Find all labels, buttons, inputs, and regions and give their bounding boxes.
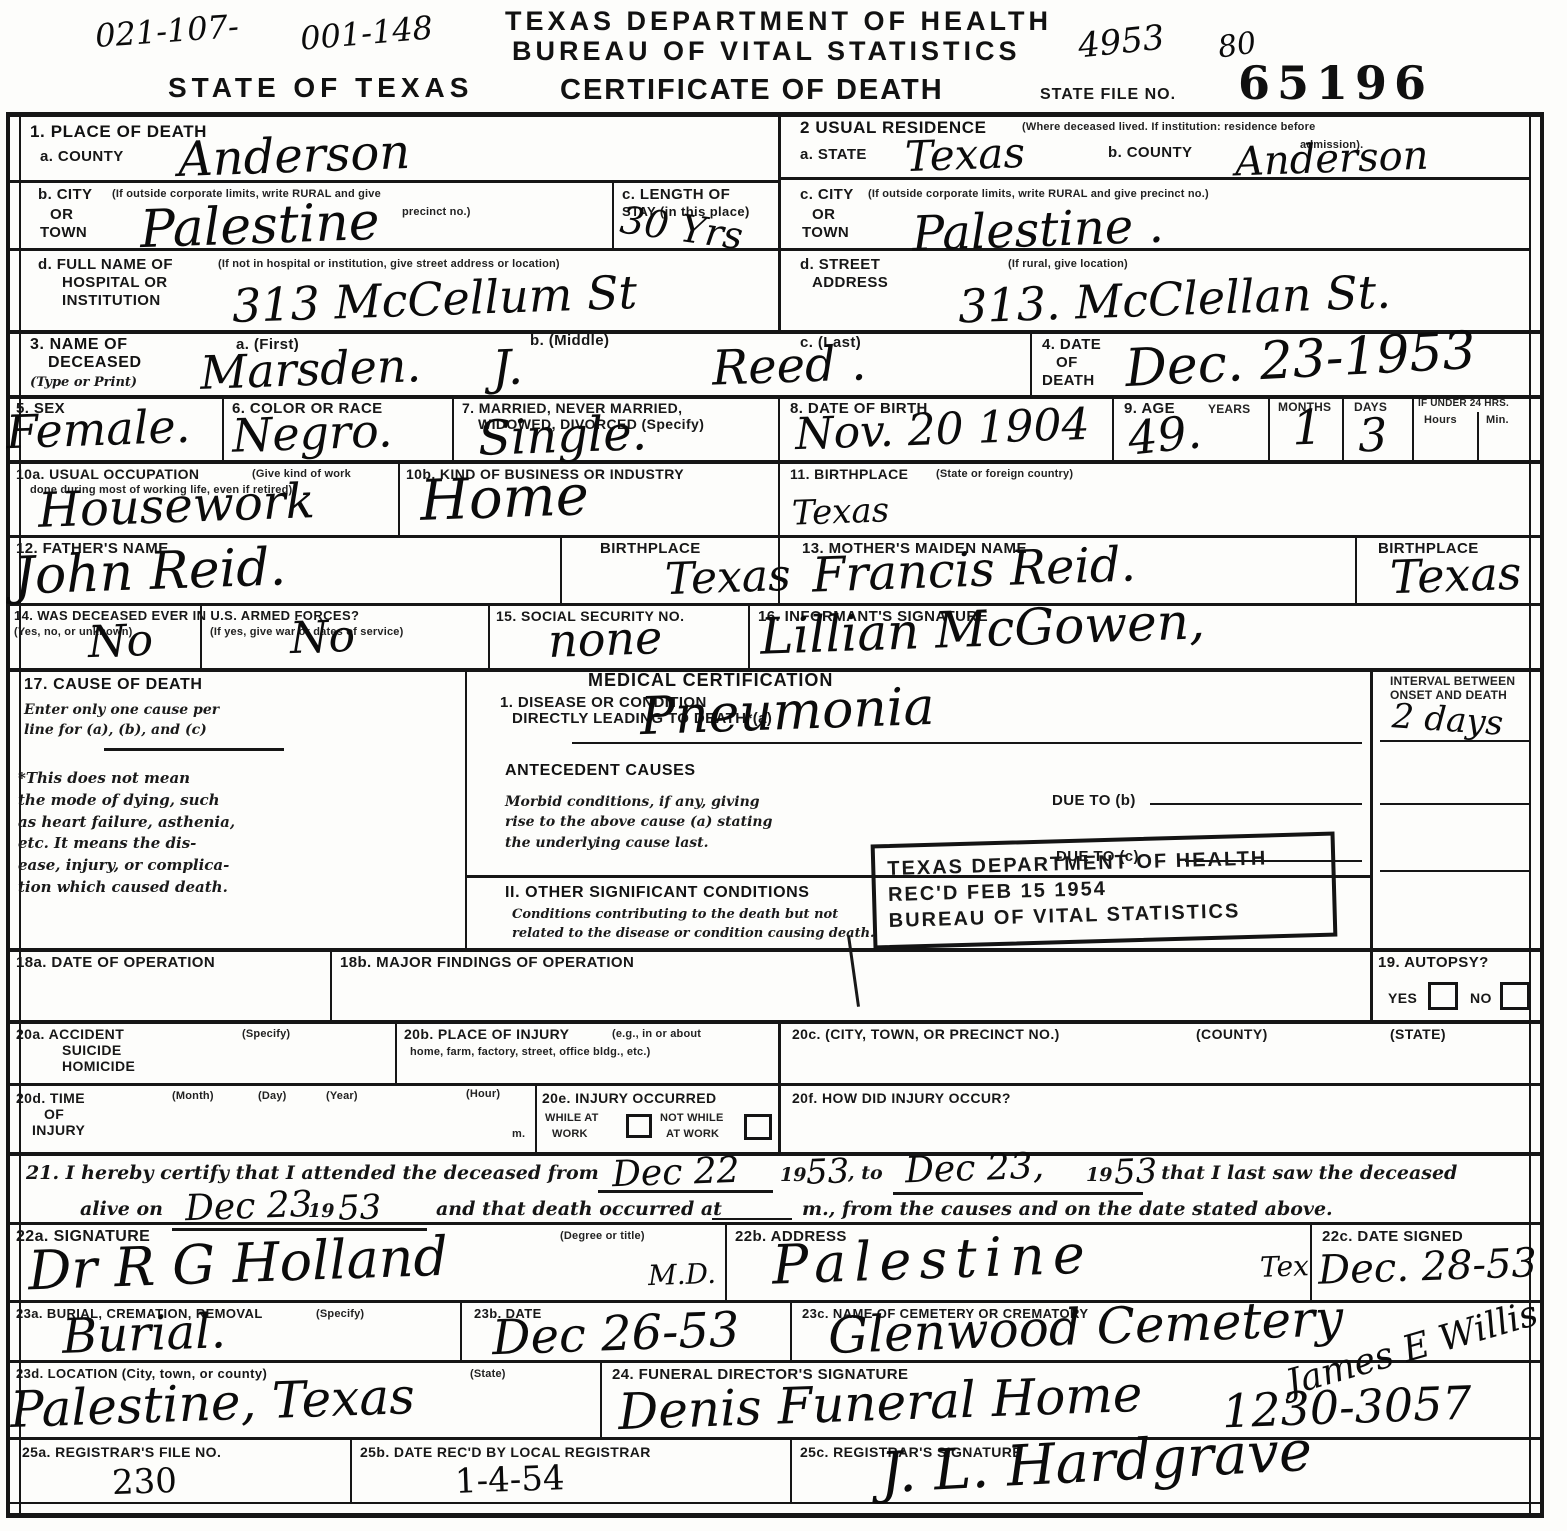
grid-line <box>1268 395 1270 460</box>
grid-line <box>460 1300 462 1360</box>
writing-line <box>712 1218 792 1220</box>
border-line <box>6 112 10 1518</box>
address-extra: Tex <box>1259 1249 1309 1284</box>
cause-side-note1: Enter only one cause per line for (a), (… <box>24 700 219 741</box>
pen-mark: 001-148 <box>299 8 435 57</box>
certify-text-5: and that death occurred at <box>436 1198 722 1220</box>
other-conditions-note: Conditions contributing to the death but… <box>512 906 875 944</box>
not-while-label2: AT WORK <box>666 1128 719 1140</box>
age-months-value: 1 <box>1291 399 1323 456</box>
grid-line <box>1030 330 1032 395</box>
grid-line <box>790 1300 792 1360</box>
certify-year2: 19 <box>1086 1164 1112 1186</box>
armed-forces-value2: No <box>289 611 356 664</box>
grid-line <box>488 603 490 668</box>
birthplace-value: Texas <box>791 490 889 533</box>
antecedent-note: Morbid conditions, if any, giving rise t… <box>505 792 772 853</box>
address-value: Palestine <box>771 1222 1094 1296</box>
father-name-value: John Reid. <box>13 537 287 606</box>
burial-date-value: Dec 26-53 <box>491 1302 740 1367</box>
town-label: TOWN <box>40 224 87 241</box>
industry-value: Home <box>419 463 590 534</box>
writing-line <box>1380 803 1530 805</box>
grid-line <box>350 1437 352 1502</box>
certify-text-3: , that I last saw the deceased <box>1148 1162 1457 1184</box>
name-of-deceased-label2: DECEASED <box>48 354 142 372</box>
name-of-deceased-label: 3. NAME OF <box>30 336 128 354</box>
date-of-death-label: 4. DATE <box>1042 336 1101 353</box>
age-days-value: 3 <box>1357 408 1388 463</box>
certify-text-4: alive on <box>80 1198 163 1220</box>
hospital-label: d. FULL NAME OF <box>38 256 173 273</box>
grid-line <box>1370 948 1373 1020</box>
autopsy-no-checkbox <box>1500 982 1530 1010</box>
grid-line <box>778 1020 781 1083</box>
date-of-operation-label: 18a. DATE OF OPERATION <box>16 954 215 971</box>
armed-forces-value1: No <box>87 615 154 668</box>
grid-line <box>8 603 1540 606</box>
hospital-label3: INSTITUTION <box>62 292 161 309</box>
hour-note: (Hour) <box>466 1088 500 1100</box>
certify-to-date: Dec 23, <box>904 1146 1044 1192</box>
age-years-value: 49. <box>1125 404 1203 465</box>
county-label: a. COUNTY <box>40 148 124 165</box>
accident-specify-note: (Specify) <box>242 1028 290 1040</box>
residence-note1: (Where deceased lived. If institution: r… <box>1022 121 1315 133</box>
residence-city-value: Palestine . <box>911 198 1164 263</box>
grid-line <box>600 1360 602 1437</box>
physician-signature: Dr R G Holland <box>27 1225 449 1303</box>
residence-county-value: Anderson <box>1234 133 1429 186</box>
date-of-death-label2: OF <box>1056 354 1078 371</box>
interval-value: 2 days <box>1391 696 1505 744</box>
not-while-checkbox <box>744 1114 772 1140</box>
grid-line <box>1477 412 1479 460</box>
city-note2: precinct no.) <box>402 206 471 218</box>
certify-year1: 19 <box>780 1164 806 1186</box>
hospital-value: 313 McCellum St <box>231 265 638 333</box>
grid-line <box>452 395 454 460</box>
time-of-injury-label3: INJURY <box>32 1122 85 1138</box>
residence-state-label: a. STATE <box>800 146 867 163</box>
degree-note: (Degree or title) <box>560 1230 645 1242</box>
age-years-label: YEARS <box>1208 402 1250 416</box>
certify-text-1: 21. I hereby certify that I attended the… <box>26 1162 599 1184</box>
writing-line <box>893 1192 1143 1195</box>
antecedent-label: ANTECEDENT CAUSES <box>505 762 696 780</box>
grid-line <box>222 395 224 460</box>
grid-line <box>535 1083 537 1152</box>
autopsy-no-label: NO <box>1470 990 1492 1006</box>
pen-mark: 4953 <box>1076 18 1166 67</box>
border-line <box>6 112 1544 117</box>
place-of-injury-label: 20b. PLACE OF INJURY <box>404 1026 569 1042</box>
border-line <box>6 1513 1544 1518</box>
grid-line <box>560 535 562 603</box>
major-findings-label: 18b. MAJOR FINDINGS OF OPERATION <box>340 954 634 971</box>
date-signed-label: 22c. DATE SIGNED <box>1322 1228 1463 1245</box>
grid-line <box>1310 1222 1312 1300</box>
other-conditions-label: II. OTHER SIGNIFICANT CONDITIONS <box>505 884 810 902</box>
certify-alive-date: Dec 23 <box>184 1184 313 1229</box>
burial-specify-note: (Specify) <box>316 1308 364 1320</box>
not-while-label: NOT WHILE <box>660 1112 724 1124</box>
grid-line <box>778 395 780 460</box>
grid-line <box>8 1152 1540 1156</box>
grid-line <box>1342 395 1344 460</box>
dept-title-line1: TEXAS DEPARTMENT OF HEALTH <box>505 6 1052 37</box>
residence-or-label: OR <box>812 206 835 223</box>
grid-line <box>725 1222 727 1300</box>
injury-state-label: (STATE) <box>1390 1026 1446 1042</box>
registrar-date-value: 1-4-54 <box>454 1458 565 1502</box>
due-to-b-label: DUE TO (b) <box>1052 792 1136 809</box>
certify-from-date: Dec 22 <box>611 1150 740 1195</box>
autopsy-label: 19. AUTOPSY? <box>1378 954 1489 971</box>
grid-line <box>778 112 781 334</box>
birthplace-note: (State or foreign country) <box>936 468 1073 480</box>
grid-line <box>330 948 332 1020</box>
while-at-work-label2: WORK <box>552 1128 588 1140</box>
registrar-signature-value: J. L. Hardgrave <box>879 1419 1314 1507</box>
accident-label: 20a. ACCIDENT <box>16 1026 124 1042</box>
certify-from-year: 53 <box>805 1151 850 1192</box>
residence-city-label: c. CITY <box>800 186 854 203</box>
mother-name-value: Francis Reid. <box>811 536 1137 603</box>
grid-line <box>612 180 614 250</box>
grid-line <box>778 460 780 535</box>
dept-title-line2: BUREAU OF VITAL STATISTICS <box>512 36 1021 67</box>
grid-line <box>1112 395 1114 460</box>
grid-line <box>8 1020 1540 1024</box>
certify-year3: 19 <box>308 1200 334 1222</box>
county-value: Anderson <box>177 124 411 188</box>
m-note: m. <box>512 1128 525 1140</box>
grid-line <box>778 1083 781 1152</box>
while-at-work-checkbox <box>626 1114 652 1138</box>
first-name-value: Marsden. <box>199 338 422 400</box>
injury-occurred-label: 20e. INJURY OCCURRED <box>542 1090 717 1106</box>
grid-line <box>465 668 467 948</box>
grid-line <box>8 1083 1540 1086</box>
occupation-value: Housework <box>37 473 316 539</box>
city-value: Palestine <box>139 192 380 260</box>
injury-county-label: (COUNTY) <box>1196 1026 1268 1042</box>
burial-value: Burial. <box>61 1303 227 1365</box>
grid-line <box>8 535 1540 538</box>
marital-value: Single. <box>477 405 648 467</box>
year-note: (Year) <box>326 1090 358 1102</box>
received-stamp: TEXAS DEPARTMENT OF HEALTH REC'D FEB 15 … <box>871 832 1338 950</box>
place-of-injury-note1: (e.g., in or about <box>612 1028 701 1040</box>
grid-line <box>8 948 1540 952</box>
residence-state-value: Texas <box>904 128 1026 181</box>
side-note-divider <box>104 748 284 751</box>
type-or-print-note: (Type or Print) <box>30 374 137 393</box>
state-file-no-label: STATE FILE NO. <box>1040 86 1176 104</box>
registrar-file-value: 230 <box>111 1461 177 1503</box>
disease-value: Pneumonia <box>639 677 935 747</box>
middle-name-value: J. <box>491 339 524 396</box>
hospital-label2: HOSPITAL OR <box>62 274 168 291</box>
writing-line <box>1150 803 1362 805</box>
pen-stroke <box>847 935 860 1007</box>
street-label2: ADDRESS <box>812 274 888 291</box>
suicide-label: SUICIDE <box>62 1042 122 1058</box>
certify-alive-year: 53 <box>337 1187 382 1228</box>
grid-line <box>1370 668 1373 948</box>
month-note: (Month) <box>172 1090 214 1102</box>
grid-line <box>1412 395 1414 460</box>
certify-text-6: m., from the causes and on the date stat… <box>802 1198 1333 1220</box>
sex-value: Female. <box>5 399 191 459</box>
state-file-number: 65196 <box>1238 56 1433 110</box>
ssn-value: none <box>547 610 663 668</box>
street-label: d. STREET <box>800 256 880 273</box>
border-line <box>6 1502 1544 1504</box>
how-injury-label: 20f. HOW DID INJURY OCCUR? <box>792 1090 1011 1106</box>
street-value: 313. McClellan St. <box>957 264 1391 333</box>
grid-line <box>398 460 400 535</box>
hospital-note: (If not in hospital or institution, give… <box>218 258 560 270</box>
last-name-value: Reed . <box>711 335 867 396</box>
time-of-injury-label: 20d. TIME <box>16 1090 85 1106</box>
cause-side-note2: *This does not mean the mode of dying, s… <box>18 768 235 899</box>
homicide-label: HOMICIDE <box>62 1058 135 1074</box>
autopsy-yes-label: YES <box>1388 990 1417 1006</box>
injury-city-label: 20c. (CITY, TOWN, OR PRECINCT NO.) <box>792 1026 1060 1042</box>
mother-birthplace-value: Texas <box>1389 546 1522 605</box>
border-line <box>1540 112 1544 1518</box>
time-of-injury-label2: OF <box>44 1106 64 1122</box>
autopsy-yes-checkbox <box>1428 982 1458 1010</box>
death-certificate-document: 021-107- 001-148 TEXAS DEPARTMENT OF HEA… <box>0 0 1567 1531</box>
dob-value: Nov. 20 1904 <box>794 399 1090 460</box>
race-value: Negro. <box>231 403 393 463</box>
place-of-injury-note2: home, farm, factory, street, office bldg… <box>410 1046 650 1058</box>
street-note: (If rural, give location) <box>1008 258 1128 270</box>
residence-town-label: TOWN <box>802 224 849 241</box>
registrar-file-label: 25a. REGISTRAR'S FILE NO. <box>22 1444 221 1460</box>
location-state-note: (State) <box>470 1368 506 1380</box>
hours-label: Hours <box>1424 414 1457 426</box>
certificate-title: CERTIFICATE OF DEATH <box>560 74 944 107</box>
birthplace-label: 11. BIRTHPLACE <box>790 466 908 482</box>
certify-text-2: , to <box>848 1162 883 1184</box>
cause-of-death-label: 17. CAUSE OF DEATH <box>24 676 203 694</box>
residence-county-label: b. COUNTY <box>1108 144 1192 161</box>
day-note: (Day) <box>258 1090 287 1102</box>
registrar-date-label: 25b. DATE REC'D BY LOCAL REGISTRAR <box>360 1444 651 1460</box>
date-signed-value: Dec. 28-53 <box>1317 1240 1537 1294</box>
date-of-death-label3: DEATH <box>1042 372 1095 389</box>
pen-mark: 021-107- <box>94 7 240 55</box>
grid-line <box>748 603 750 668</box>
middle-name-label: b. (Middle) <box>530 332 609 349</box>
grid-line <box>1355 535 1357 603</box>
father-birthplace-value: Texas <box>664 550 791 605</box>
grid-line <box>790 1437 792 1502</box>
while-at-work-label: WHILE AT <box>545 1112 599 1124</box>
or-label: OR <box>50 206 73 223</box>
writing-line <box>1380 870 1530 872</box>
under-24-label: IF UNDER 24 HRS. <box>1418 398 1509 409</box>
min-label: Min. <box>1486 414 1509 426</box>
state-of-texas-title: STATE OF TEXAS <box>168 72 473 104</box>
city-label: b. CITY <box>38 186 92 203</box>
grid-line <box>395 1020 397 1083</box>
md-value: M.D. <box>647 1257 716 1292</box>
